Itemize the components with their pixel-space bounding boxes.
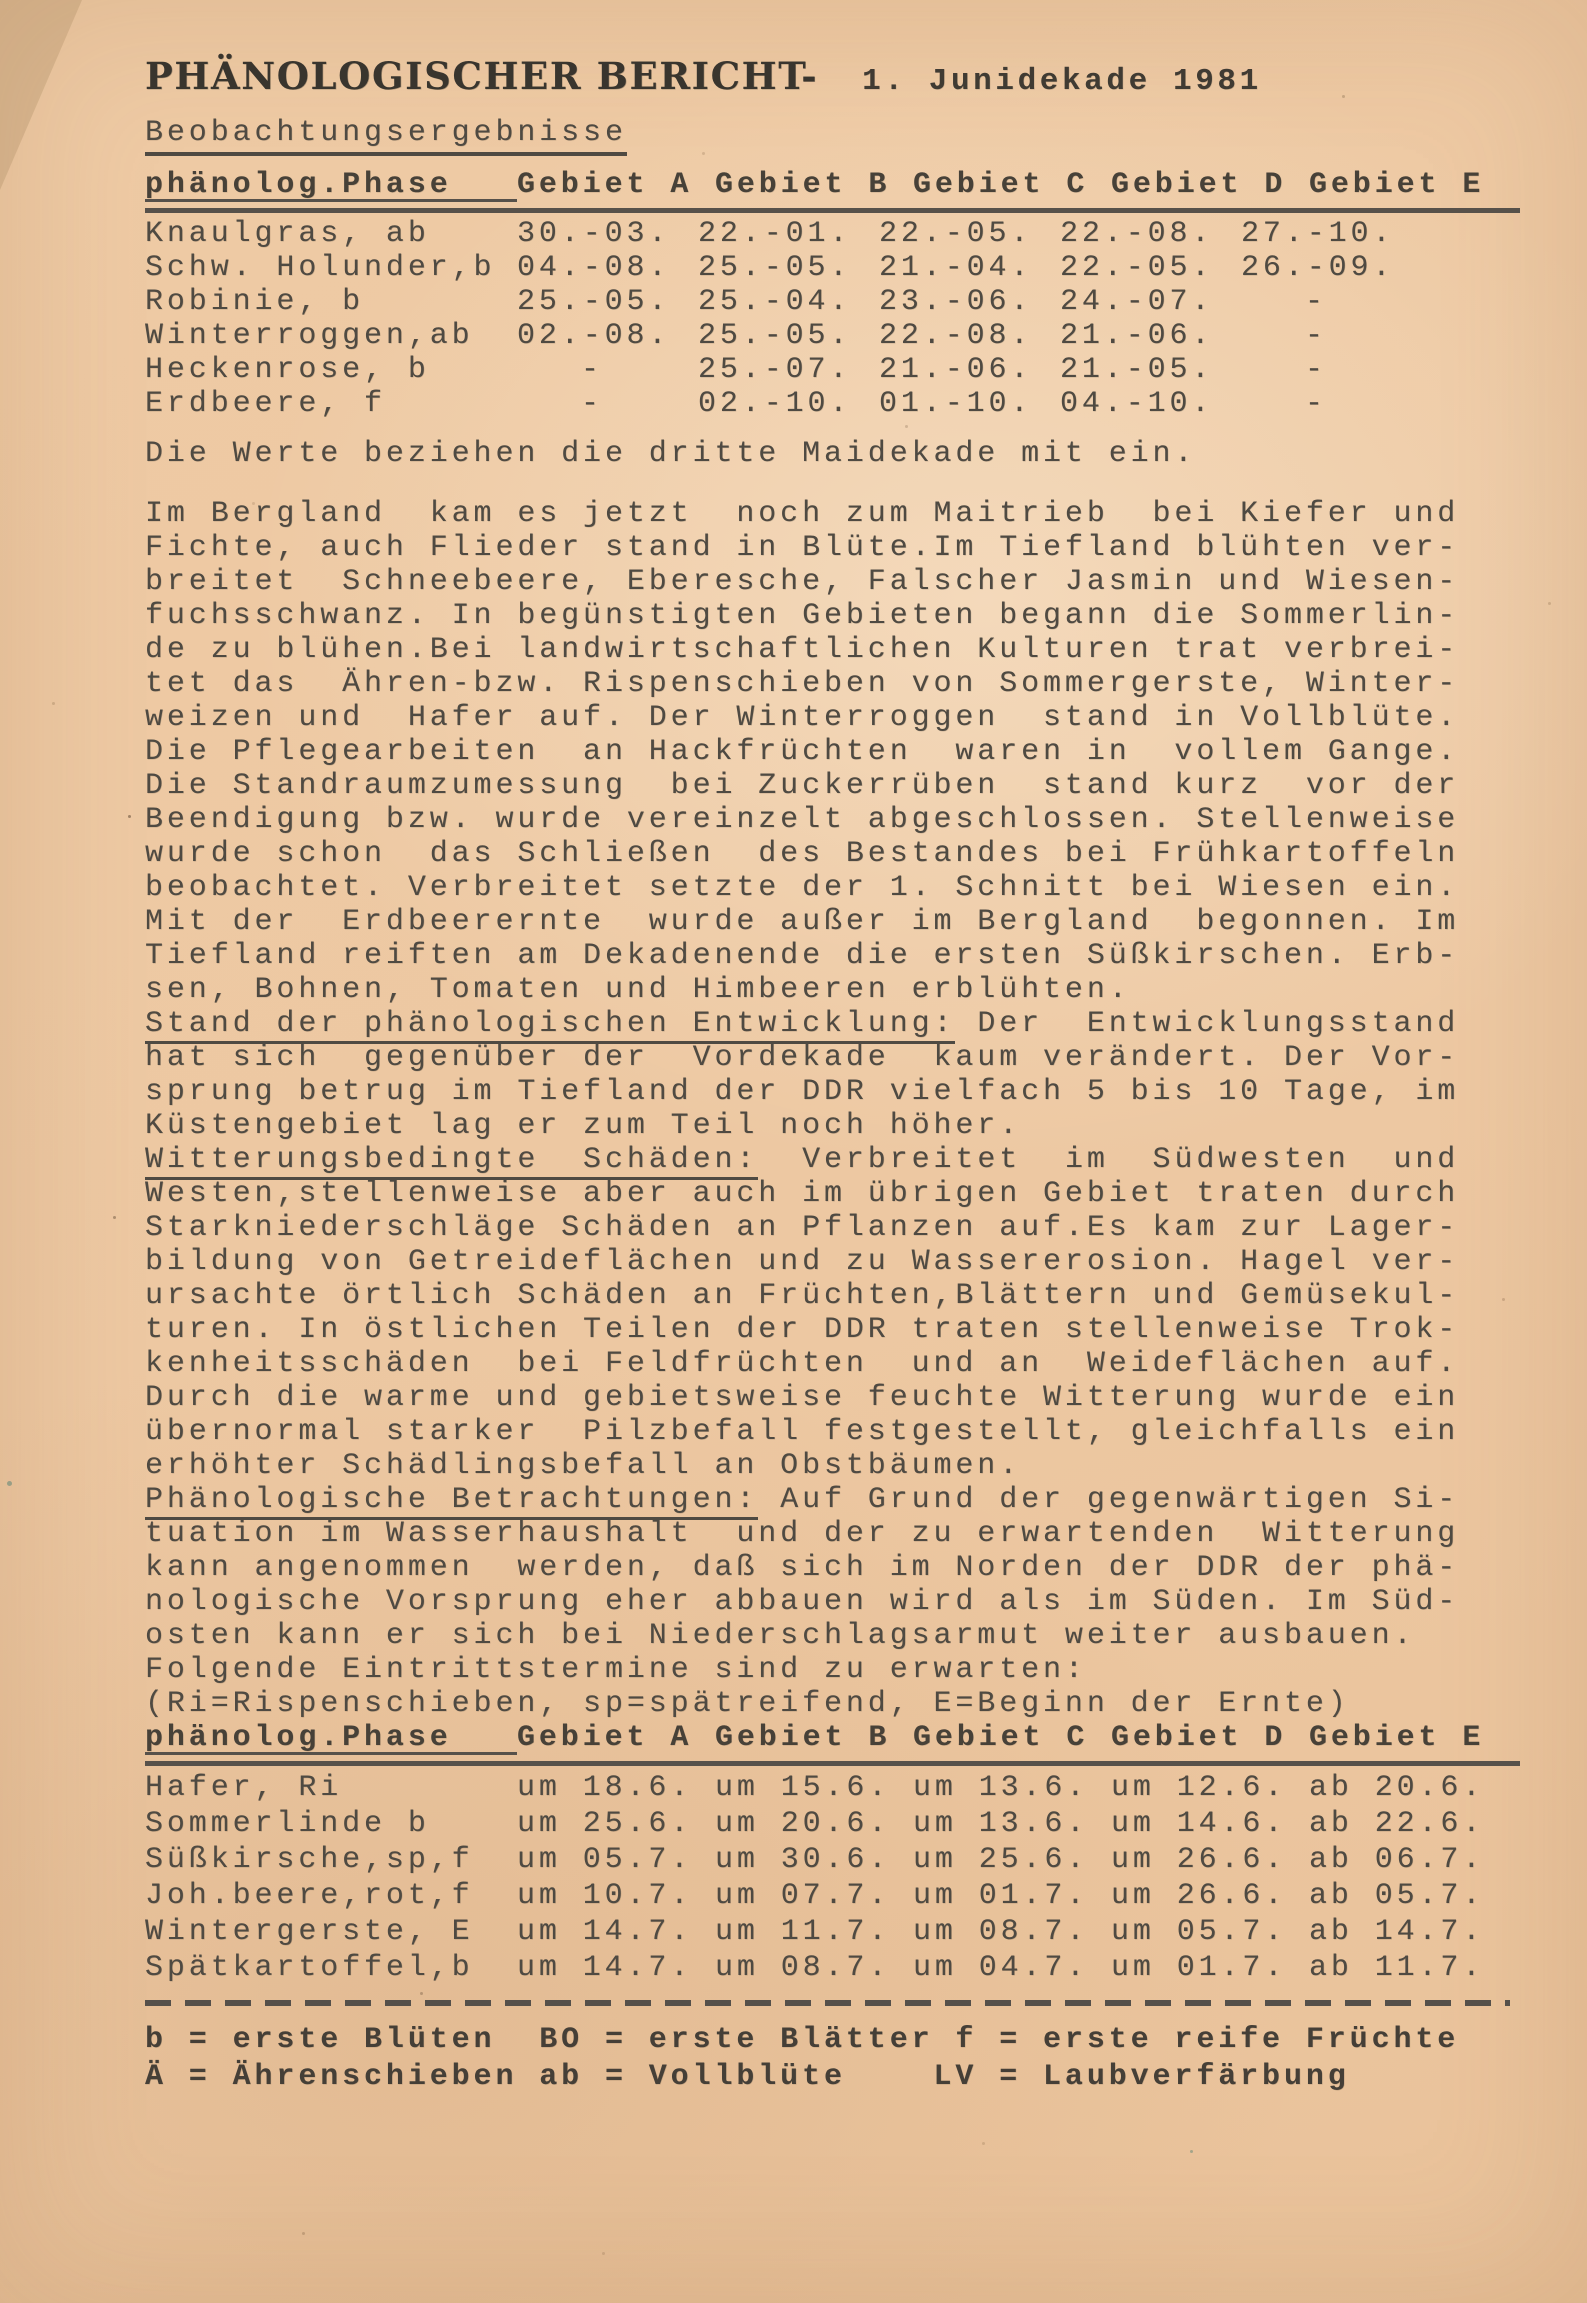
row-label: Robinie, b [145,285,517,319]
text-line: Durch die warme und gebietsweise feuchte… [145,1381,1520,1415]
row-value: 27.-10. [1241,217,1422,251]
row-value: um 20.6. [715,1806,913,1842]
table1-header-row: phänolog.PhaseGebiet AGebiet BGebiet CGe… [145,168,1520,213]
row-value: 21.-04. [879,251,1060,285]
row-value: um 13.6. [913,1806,1111,1842]
column-header-gebiet: Gebiet B [715,1721,913,1755]
row-value: um 12.6. [1111,1770,1309,1806]
table-row: Wintergerste, Eum 14.7.um 11.7.um 08.7.u… [145,1914,1520,1950]
row-value: um 14.7. [517,1950,715,1986]
column-header-gebiet: Gebiet A [517,168,715,202]
row-value: ab 06.7. [1309,1842,1507,1878]
table-row: Joh.beere,rot,fum 10.7.um 07.7.um 01.7.u… [145,1878,1520,1914]
text-line: turen. In östlichen Teilen der DDR trate… [145,1313,1520,1347]
row-value: 22.-08. [1060,217,1241,251]
row-value: 02.-08. [517,319,698,353]
row-value: um 30.6. [715,1842,913,1878]
row-label: Winterroggen,ab [145,319,517,353]
text-line: de zu blühen.Bei landwirtschaftlichen Ku… [145,633,1520,667]
table-row: Schw. Holunder,b04.-08.25.-05.21.-04.22.… [145,251,1520,285]
row-value: um 05.7. [1111,1914,1309,1950]
table-row: Heckenrose, b-25.-07.21.-06.21.-05.- [145,353,1520,387]
row-label: Hafer, Ri [145,1770,517,1806]
row-label: Süßkirsche,sp,f [145,1842,517,1878]
text-line: Mit der Erdbeerernte wurde außer im Berg… [145,905,1520,939]
text-line: Die Standraumzumessung bei Zuckerrüben s… [145,769,1520,803]
row-label: Heckenrose, b [145,353,517,387]
row-value: 01.-10. [879,387,1060,421]
row-value: 25.-05. [698,319,879,353]
table1-note: Die Werte beziehen die dritte Maidekade … [145,437,1520,471]
text-line: Die Pflegearbeiten an Hackfrüchten waren… [145,735,1520,769]
row-value: ab 20.6. [1309,1770,1507,1806]
text-line: Tiefland reiften am Dekadenende die erst… [145,939,1520,973]
column-header-gebiet: Gebiet E [1309,1721,1507,1755]
row-value: um 18.6. [517,1770,715,1806]
section-heading-underlined: Phänologische Betrachtungen: [145,1483,758,1520]
section-heading-underlined: Stand der phänologischen Entwicklung: [145,1007,955,1044]
row-value: um 13.6. [913,1770,1111,1806]
row-value: um 07.7. [715,1878,913,1914]
column-header-gebiet: Gebiet D [1111,1721,1309,1755]
row-value: 26.-09. [1241,251,1422,285]
row-value: 22.-05. [1060,251,1241,285]
report-title: PHÄNOLOGISCHER BERICHT- [145,54,818,98]
row-value: um 26.6. [1111,1842,1309,1878]
text-line: osten kann er sich bei Niederschlagsarmu… [145,1619,1520,1653]
legend-line: b = erste Blüten BO = erste Blätter f = … [145,2022,1520,2059]
table2-header-row: phänolog.PhaseGebiet AGebiet BGebiet CGe… [145,1721,1520,1766]
row-value: - [517,353,698,387]
page-corner-shadow [0,0,82,190]
section-subtitle: Beobachtungsergebnisse [145,116,1520,150]
table2-body: Hafer, Rium 18.6.um 15.6.um 13.6.um 12.6… [145,1770,1520,1986]
row-value: 21.-06. [879,353,1060,387]
section-heading-underlined: Witterungsbedingte Schäden: [145,1143,758,1180]
table-row: Knaulgras, ab30.-03.22.-01.22.-05.22.-08… [145,217,1520,251]
row-value: - [1241,353,1422,387]
table-row: Süßkirsche,sp,fum 05.7.um 30.6.um 25.6.u… [145,1842,1520,1878]
row-value: um 15.6. [715,1770,913,1806]
column-header-gebiet: Gebiet C [913,168,1111,202]
text-line: Westen,stellenweise aber auch im übrigen… [145,1177,1520,1211]
row-value: 02.-10. [698,387,879,421]
text-line: sprung betrug im Tiefland der DDR vielfa… [145,1075,1520,1109]
row-value: ab 14.7. [1309,1914,1507,1950]
row-value: um 14.6. [1111,1806,1309,1842]
table-row: Hafer, Rium 18.6.um 15.6.um 13.6.um 12.6… [145,1770,1520,1806]
text-line: tet das Ähren-bzw. Rispenschieben von So… [145,667,1520,701]
row-value: ab 05.7. [1309,1878,1507,1914]
document-content: PHÄNOLOGISCHER BERICHT-1. Junidekade 198… [145,52,1520,2096]
row-value: 24.-07. [1060,285,1241,319]
row-value: 30.-03. [517,217,698,251]
table-row: Spätkartoffel,bum 14.7.um 08.7.um 04.7.u… [145,1950,1520,1986]
text-line: kann angenommen werden, daß sich im Nord… [145,1551,1520,1585]
text-line: Starkniederschläge Schäden an Pflanzen a… [145,1211,1520,1245]
section-heading-rest: Auf Grund der gegenwärtigen Si- [758,1483,1459,1517]
text-line: Im Bergland kam es jetzt noch zum Maitri… [145,497,1520,531]
row-value: um 11.7. [715,1914,913,1950]
row-value: 21.-05. [1060,353,1241,387]
row-label: Knaulgras, ab [145,217,517,251]
row-label: Erdbeere, f [145,387,517,421]
text-line: weizen und Hafer auf. Der Winterroggen s… [145,701,1520,735]
section-heading-rest: Der Entwicklungsstand [955,1007,1459,1041]
row-value: - [1241,319,1422,353]
text-line: (Ri=Rispenschieben, sp=spätreifend, E=Be… [145,1687,1520,1721]
row-value: 23.-06. [879,285,1060,319]
row-value: um 01.7. [1111,1950,1309,1986]
text-line: nologische Vorsprung eher abbauen wird a… [145,1585,1520,1619]
row-value: - [1241,285,1422,319]
row-value: 25.-05. [517,285,698,319]
column-header-gebiet: Gebiet B [715,168,913,202]
row-value: 25.-04. [698,285,879,319]
column-header-gebiet: Gebiet D [1111,168,1309,202]
row-value: um 10.7. [517,1878,715,1914]
section-heading-line: Witterungsbedingte Schäden: Verbreitet i… [145,1143,1520,1177]
section-heading-rest: Verbreitet im Südwesten und [758,1143,1459,1177]
text-line: Küstengebiet lag er zum Teil noch höher. [145,1109,1520,1143]
dashed-divider [145,2000,1510,2006]
row-value: 04.-08. [517,251,698,285]
row-value: um 08.7. [913,1914,1111,1950]
document-header: PHÄNOLOGISCHER BERICHT-1. Junidekade 198… [145,52,1520,100]
row-label: Wintergerste, E [145,1914,517,1950]
text-line: Fichte, auch Flieder stand in Blüte.Im T… [145,531,1520,565]
row-label: Spätkartoffel,b [145,1950,517,1986]
scanned-document-page: PHÄNOLOGISCHER BERICHT-1. Junidekade 198… [0,0,1587,2303]
row-value: um 25.6. [517,1806,715,1842]
row-value: 25.-07. [698,353,879,387]
row-value: - [1241,387,1422,421]
text-line: ursachte örtlich Schäden an Früchten,Blä… [145,1279,1520,1313]
text-line: beobachtet. Verbreitet setzte der 1. Sch… [145,871,1520,905]
report-text: Im Bergland kam es jetzt noch zum Maitri… [145,497,1520,1721]
text-line: übernormal starker Pilzbefall festgestel… [145,1415,1520,1449]
column-header-phase: phänolog.Phase [145,1721,517,1755]
row-value: um 25.6. [913,1842,1111,1878]
text-line: erhöhter Schädlingsbefall an Obstbäumen. [145,1449,1520,1483]
subtitle-text: Beobachtungsergebnisse [145,116,627,156]
table-row: Sommerlinde bum 25.6.um 20.6.um 13.6.um … [145,1806,1520,1842]
section-heading-line: Phänologische Betrachtungen: Auf Grund d… [145,1483,1520,1517]
legend-line: Ä = Ährenschieben ab = Vollblüte LV = La… [145,2059,1520,2096]
text-line: Beendigung bzw. wurde vereinzelt abgesch… [145,803,1520,837]
text-line: sen, Bohnen, Tomaten und Himbeeren erblü… [145,973,1520,1007]
row-value: um 26.6. [1111,1878,1309,1914]
row-label: Joh.beere,rot,f [145,1878,517,1914]
row-value: um 01.7. [913,1878,1111,1914]
text-line: wurde schon das Schließen des Bestandes … [145,837,1520,871]
column-header-gebiet: Gebiet E [1309,168,1507,202]
table-row: Winterroggen,ab02.-08.25.-05.22.-08.21.-… [145,319,1520,353]
row-value: - [517,387,698,421]
row-value: 22.-08. [879,319,1060,353]
row-value: um 04.7. [913,1950,1111,1986]
row-value: 04.-10. [1060,387,1241,421]
text-line: tuation im Wasserhaushalt und der zu erw… [145,1517,1520,1551]
row-value: um 14.7. [517,1914,715,1950]
row-label: Sommerlinde b [145,1806,517,1842]
row-value: 25.-05. [698,251,879,285]
table1-body: Knaulgras, ab30.-03.22.-01.22.-05.22.-08… [145,217,1520,421]
text-line: bildung von Getreideflächen und zu Wasse… [145,1245,1520,1279]
text-line: fuchsschwanz. In begünstigten Gebieten b… [145,599,1520,633]
column-header-phase: phänolog.Phase [145,168,517,202]
paper-speckles [0,0,3,3]
text-line: breitet Schneebeere, Eberesche, Falscher… [145,565,1520,599]
row-value: ab 22.6. [1309,1806,1507,1842]
report-period: 1. Junidekade 1981 [862,64,1262,99]
column-header-gebiet: Gebiet A [517,1721,715,1755]
row-value: ab 11.7. [1309,1950,1507,1986]
table-row: Robinie, b25.-05.25.-04.23.-06.24.-07.- [145,285,1520,319]
row-value: um 08.7. [715,1950,913,1986]
section-heading-line: Stand der phänologischen Entwicklung: De… [145,1007,1520,1041]
abbreviation-legend: b = erste Blüten BO = erste Blätter f = … [145,2022,1520,2096]
row-value: um 05.7. [517,1842,715,1878]
row-value: 22.-05. [879,217,1060,251]
text-line: Folgende Eintrittstermine sind zu erwart… [145,1653,1520,1687]
row-label: Schw. Holunder,b [145,251,517,285]
table-row: Erdbeere, f-02.-10.01.-10.04.-10.- [145,387,1520,421]
row-value: 22.-01. [698,217,879,251]
text-line: hat sich gegenüber der Vordekade kaum ve… [145,1041,1520,1075]
row-value: 21.-06. [1060,319,1241,353]
column-header-gebiet: Gebiet C [913,1721,1111,1755]
text-line: kenheitsschäden bei Feldfrüchten und an … [145,1347,1520,1381]
